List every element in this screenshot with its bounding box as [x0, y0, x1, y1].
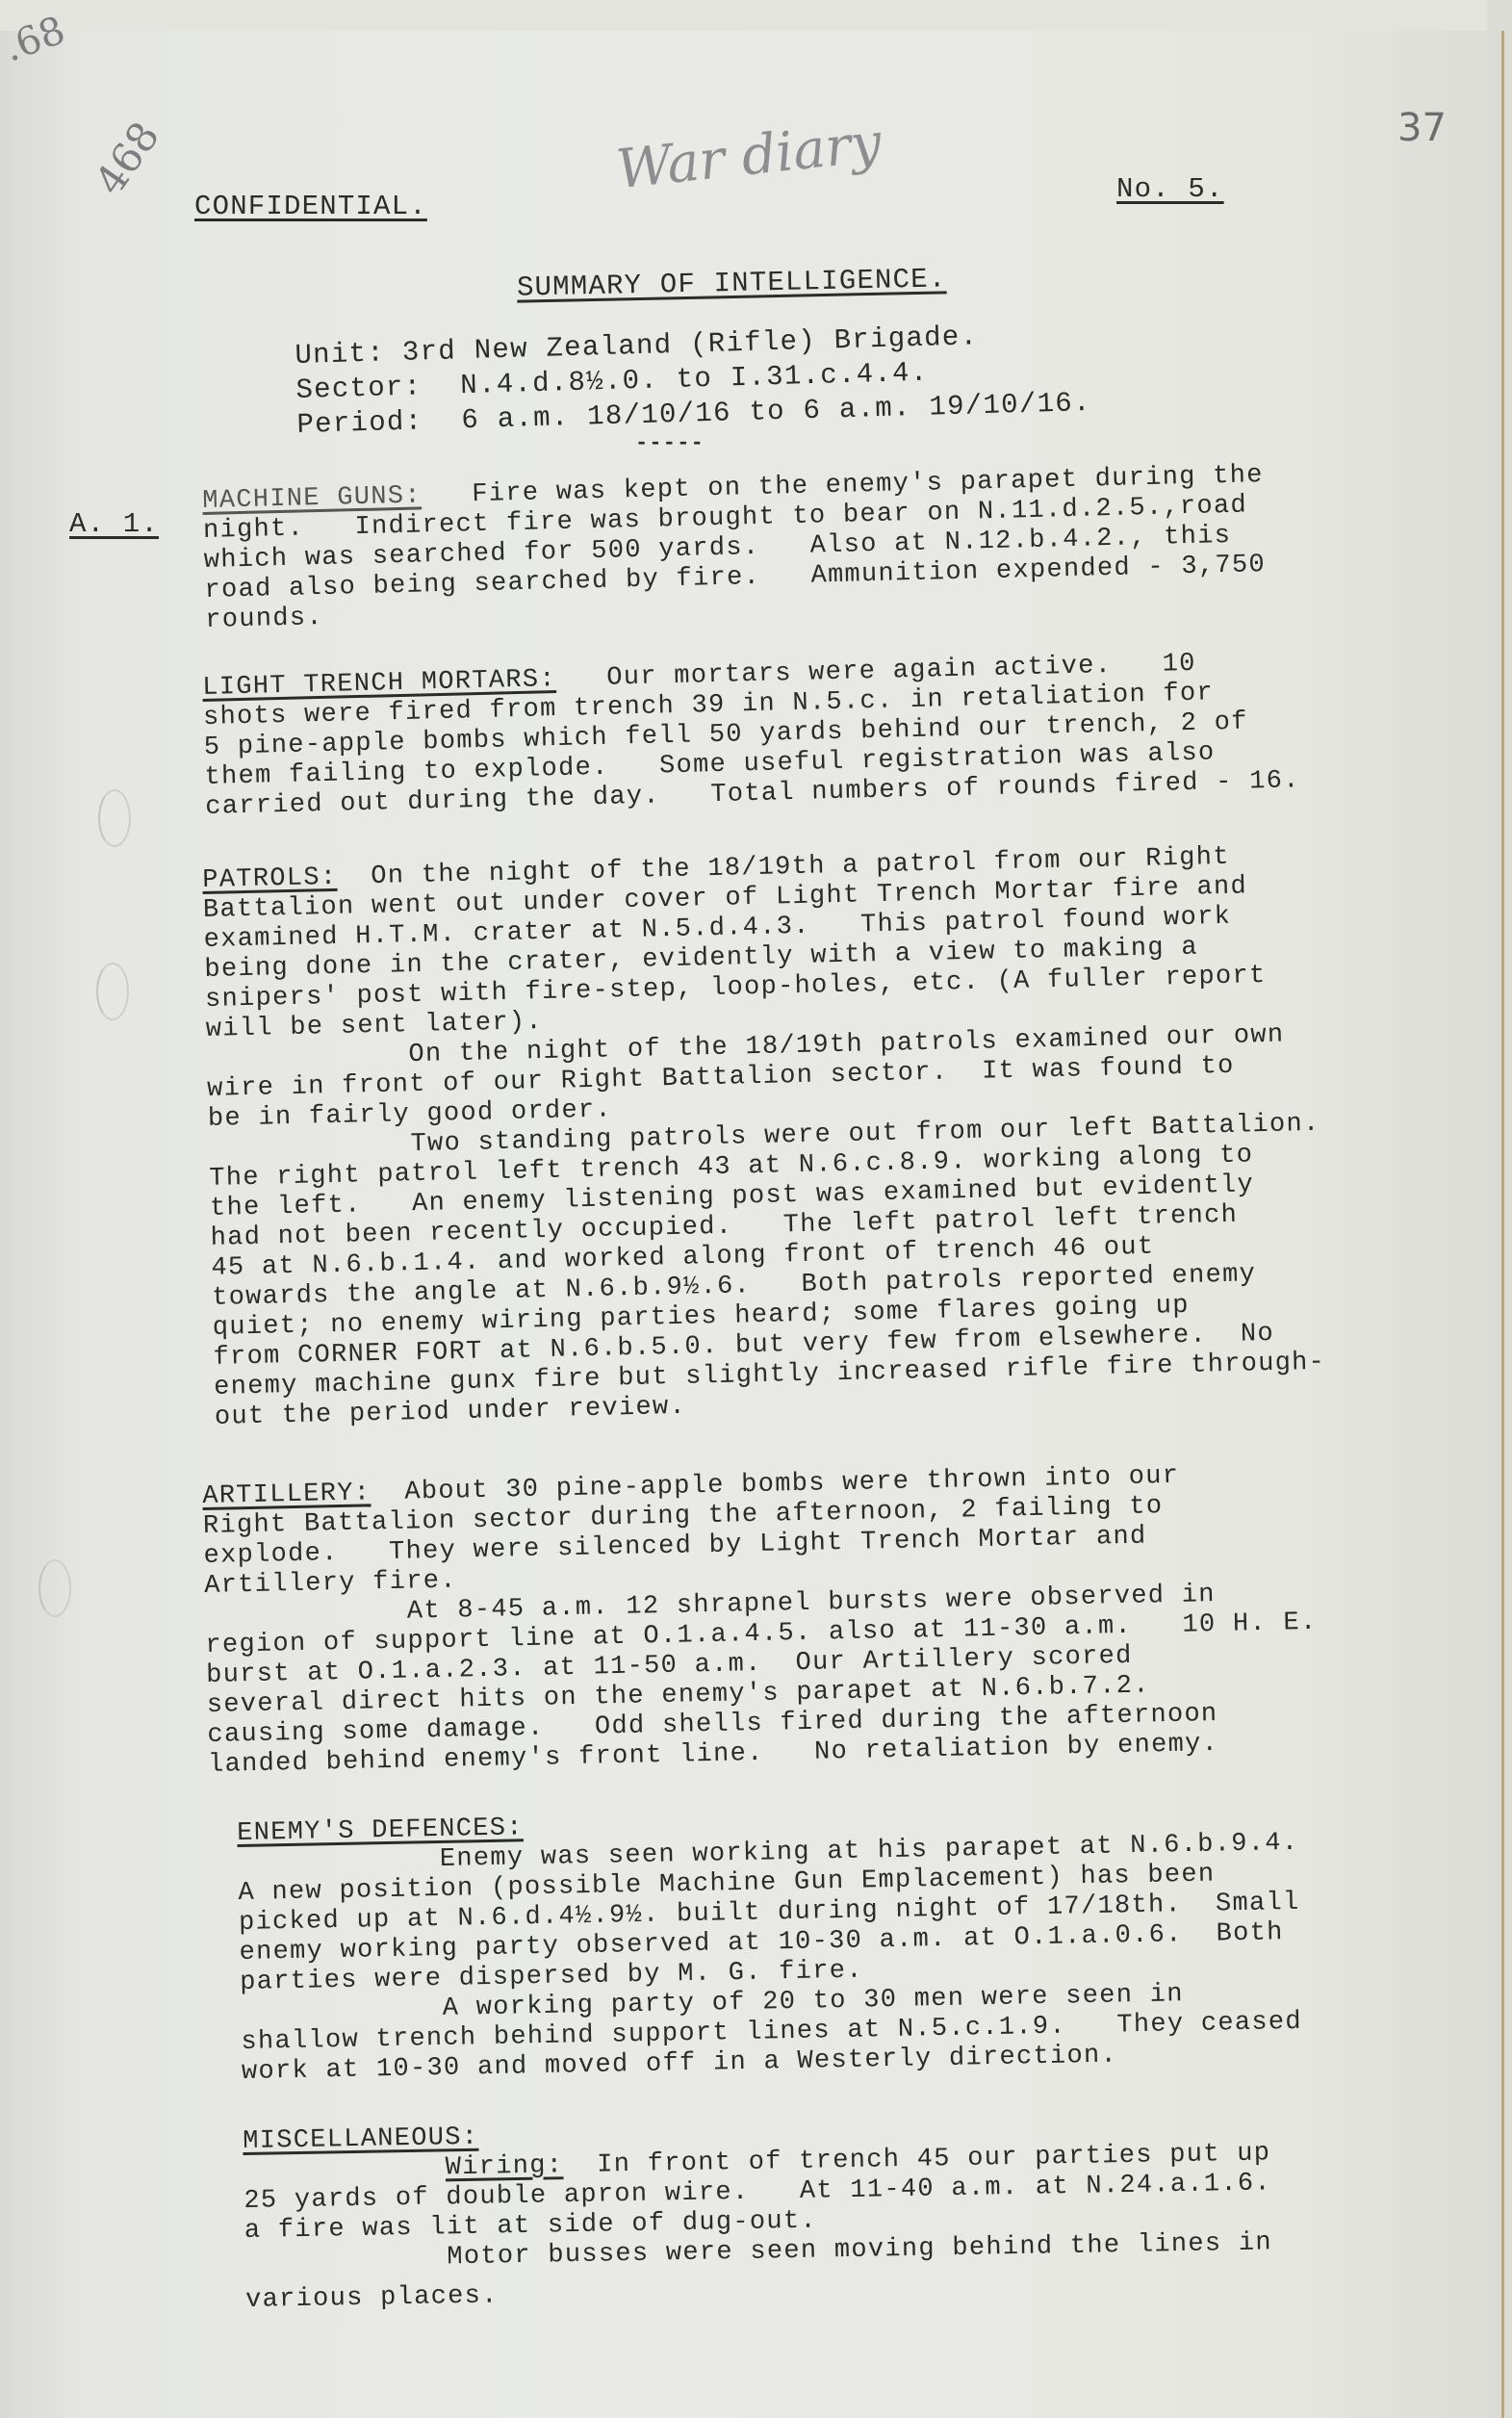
section-heading: ARTILLERY:: [202, 1479, 372, 1511]
section-heading: MISCELLANEOUS:: [243, 2123, 479, 2156]
wiring-label: Wiring:: [446, 2151, 564, 2182]
section-heading: MACHINE GUNS:: [202, 481, 422, 516]
section-machine-guns: MACHINE GUNS: Fire was kept on the enemy…: [202, 461, 1267, 636]
report-number: No. 5.: [1116, 173, 1224, 205]
punch-hole: [96, 963, 129, 1020]
period-label: Period:: [296, 405, 423, 441]
header-meta: Unit:3rd New Zealand (Rifle) Brigade. Se…: [295, 317, 1091, 443]
punch-hole: [38, 1559, 71, 1617]
punch-hole: [98, 789, 131, 847]
section-light-trench-mortars: LIGHT TRENCH MORTARS: Our mortars were a…: [202, 647, 1300, 823]
sector-label: Sector:: [295, 371, 423, 406]
paragraph-ref: A. 1.: [69, 508, 159, 540]
section-miscellaneous: MISCELLANEOUS: Wiring: In front of trenc…: [243, 2109, 1273, 2316]
section-enemys-defences: ENEMY'S DEFENCES: Enemy was seen working…: [237, 1799, 1303, 2088]
section-heading: ENEMY'S DEFENCES:: [237, 1813, 524, 1848]
header-divider: -----: [635, 431, 705, 455]
unit-label: Unit:: [295, 337, 385, 372]
section-heading: PATROLS:: [202, 863, 338, 895]
page-number: 37: [1397, 106, 1447, 150]
classification-label: CONFIDENTIAL.: [194, 191, 427, 222]
section-patrols: PATROLS: On the night of the 18/19th a p…: [202, 841, 1326, 1433]
section-artillery: ARTILLERY: About 30 pine-apple bombs wer…: [202, 1459, 1320, 1781]
